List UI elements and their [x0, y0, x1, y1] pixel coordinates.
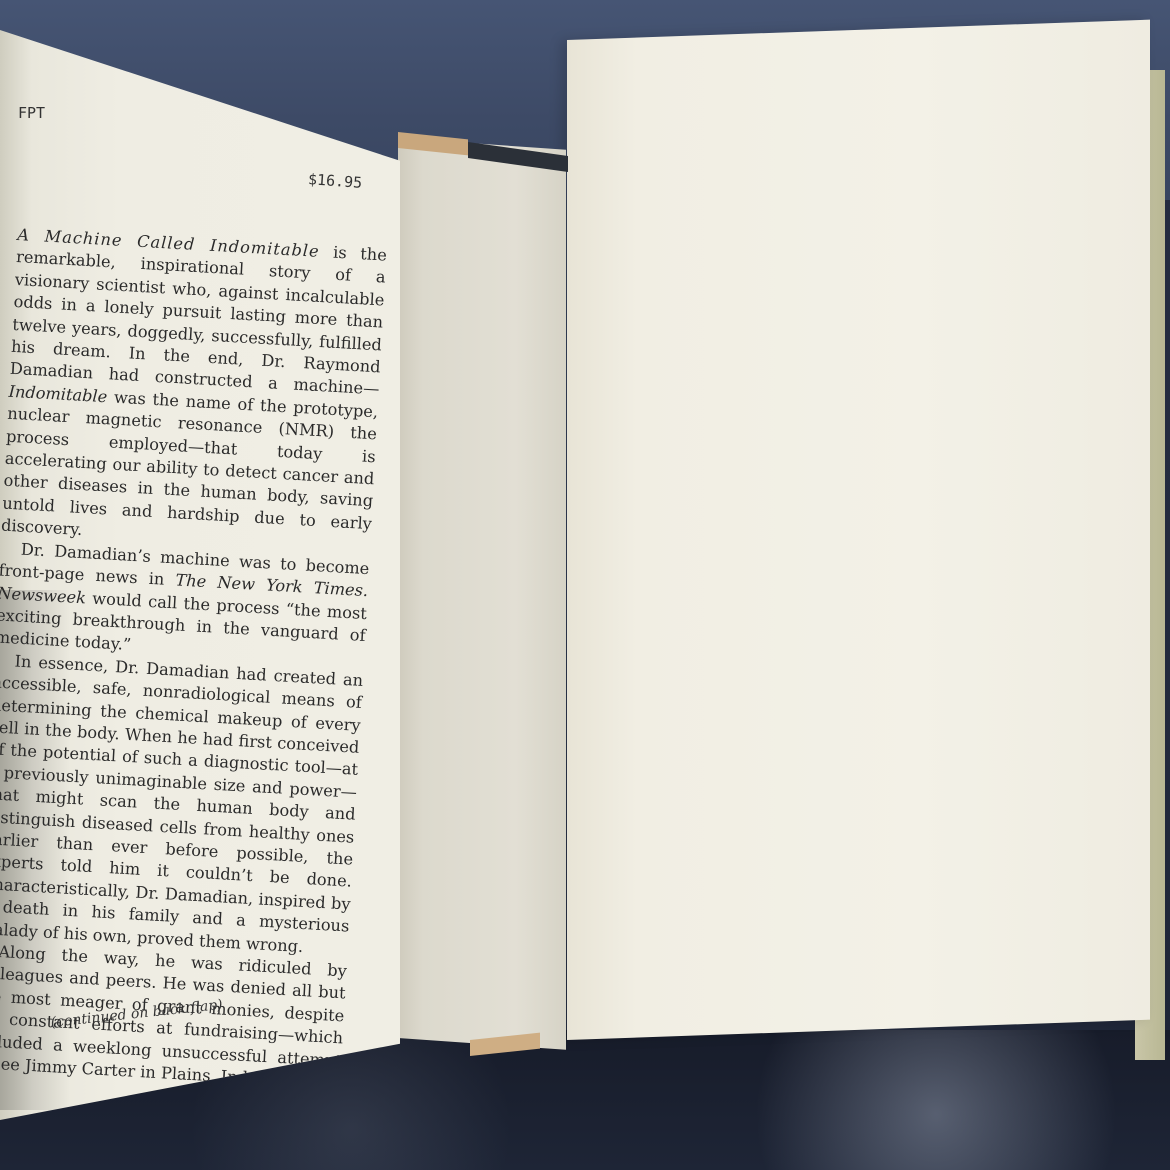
blurb-paragraph-2: Dr. Damadian’s machine was to become fro… [0, 537, 370, 670]
blurb-paragraph-1: A Machine Called Indomitable is the rema… [0, 224, 387, 558]
price-stamp: $16.95 [307, 170, 362, 192]
photo-scene: FPT $16.95 A Machine Called Indomitable … [0, 0, 1170, 1170]
flap-blurb: A Machine Called Indomitable is the rema… [0, 224, 387, 1095]
bookseller-code-stamp: FPT [18, 104, 45, 122]
dust-jacket-front-flap: FPT $16.95 A Machine Called Indomitable … [0, 30, 400, 1120]
blurb-paragraph-3: In essence, Dr. Damadian had created an … [0, 649, 364, 960]
jacket-fold-strip [398, 138, 566, 1050]
blank-endpaper-page [567, 20, 1150, 1040]
